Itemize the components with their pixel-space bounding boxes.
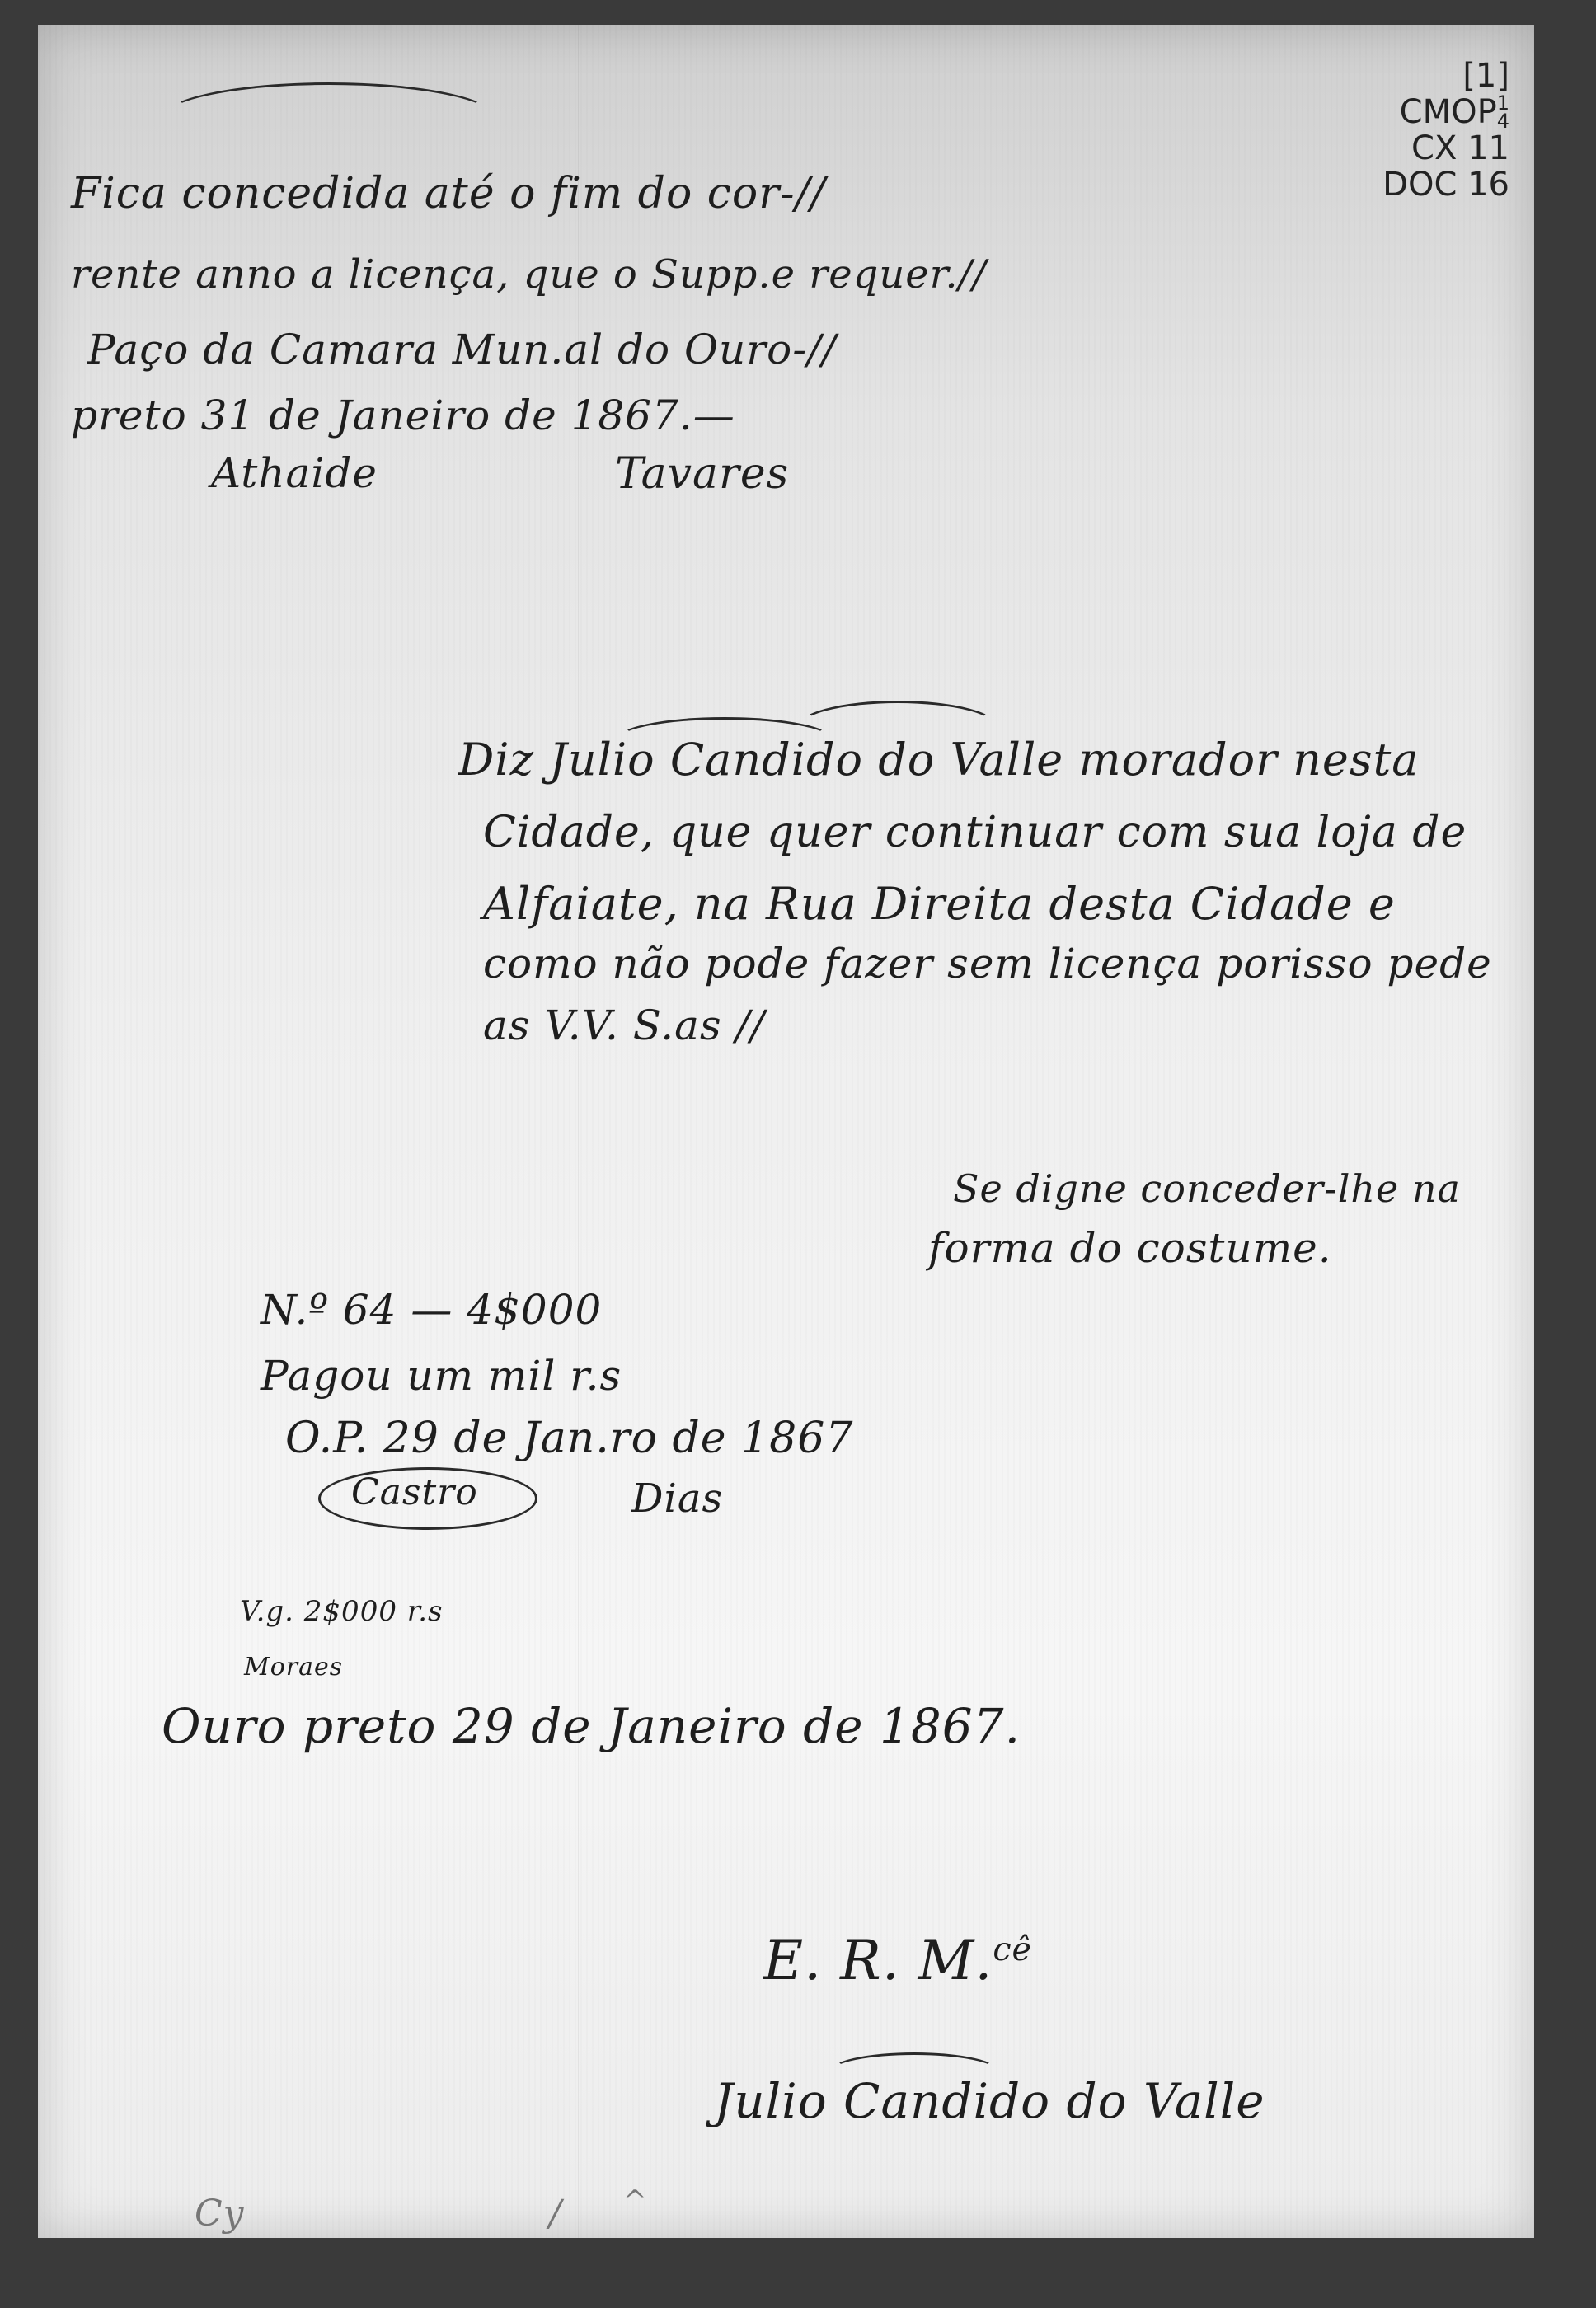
petition-line-5: as V.V. S.as // (483, 1002, 765, 1049)
dispatch-signature-tavares: Tavares (615, 449, 789, 499)
petition-line-2: Cidade, que quer continuar com sua loja … (483, 808, 1467, 857)
petition-line-1: Diz Julio Candido do Valle morador nesta (458, 734, 1419, 786)
dispatch-line-1: Fica concedida até o fim do cor-// (71, 169, 826, 218)
faint-mark: ^ (623, 2184, 648, 2217)
payment-note-line-1: N.º 64 — 4$000 (261, 1286, 602, 1334)
date-line: Ouro preto 29 de Janeiro de 1867. (162, 1698, 1021, 1754)
dispatch-line-4: preto 31 de Janeiro de 1867.— (71, 392, 735, 439)
closing-formula: E. R. M.cê (763, 1929, 1032, 1992)
margin-note-line-1: Se digne conceder-lhe na (953, 1166, 1461, 1211)
faint-mark: / (549, 2193, 562, 2235)
petition-line-4: como não pode fazer sem licença porisso … (483, 940, 1492, 987)
payment-note-line-3: O.P. 29 de Jan.ro de 1867 (285, 1414, 853, 1463)
archive-label: [1] CMOP14 CX 11 DOC 16 (1382, 58, 1509, 203)
payment-signature-castro: Castro (351, 1471, 478, 1513)
faint-mark: Cy (195, 2193, 245, 2235)
payment-signature-dias: Dias (631, 1475, 723, 1522)
manuscript-page: [1] CMOP14 CX 11 DOC 16 Fica concedida a… (38, 25, 1534, 2238)
registry-note-line-1: V.g. 2$000 r.s (240, 1595, 444, 1628)
margin-note-line-2: forma do costume. (928, 1224, 1332, 1272)
dispatch-line-2: rente anno a licença, que o Supp.e reque… (71, 251, 987, 298)
archive-bracket-number: [1] (1382, 58, 1509, 94)
payment-note-line-2: Pagou um mil r.s (261, 1352, 622, 1400)
dispatch-line-3: Paço da Camara Mun.al do Ouro-// (87, 326, 837, 373)
flourish-decoration (162, 82, 496, 153)
petition-line-3: Alfaiate, na Rua Direita desta Cidade e (483, 878, 1396, 930)
registry-note-line-2: Moraes (244, 1653, 343, 1682)
archive-fund: CMOP14 (1382, 94, 1509, 130)
petitioner-signature: Julio Candido do Valle (714, 2073, 1265, 2129)
archive-box: CX 11 (1382, 130, 1509, 167)
archive-doc: DOC 16 (1382, 167, 1509, 203)
dispatch-signature-athaide: Athaide (211, 449, 378, 497)
